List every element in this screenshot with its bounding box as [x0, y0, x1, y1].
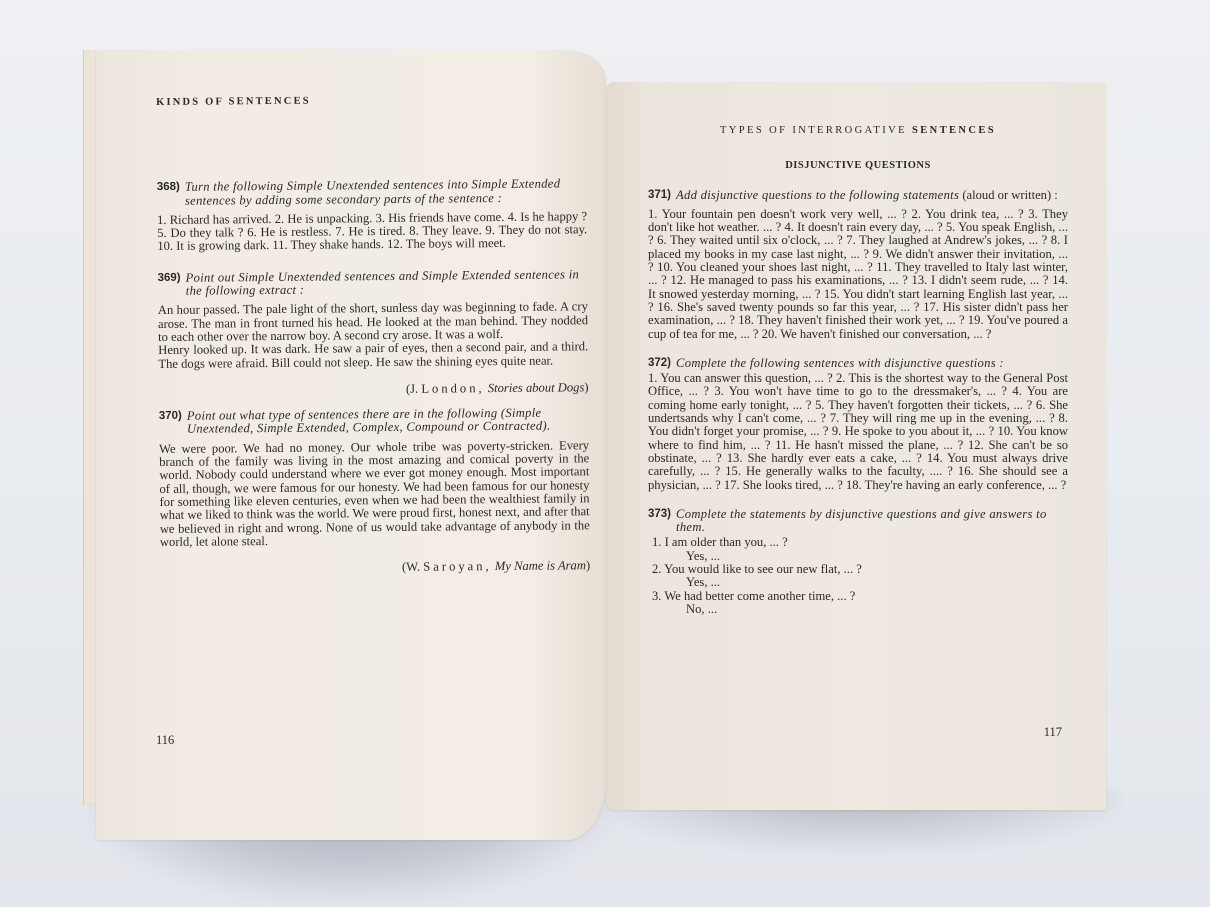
attribution-suffix: ): [586, 558, 590, 572]
exercise-instruction-text: Complete the following sentences with di…: [676, 357, 1004, 370]
qa-statement: 2. You would like to see our new flat, .…: [652, 563, 1068, 576]
exercise-number: 369): [158, 272, 181, 299]
attribution-prefix: (W.: [402, 560, 423, 574]
attribution: (J. London, Stories about Dogs): [159, 381, 589, 398]
attribution-title: Stories about Dogs: [488, 380, 585, 395]
exercise-body: 1. You can answer this question, ... ? 2…: [648, 372, 1068, 492]
page-number-right: 117: [1044, 725, 1062, 740]
running-head-right: TYPES OF INTERROGATIVE SENTENCES: [648, 124, 1068, 137]
exercise-instruction-text: Point out Simple Unextended sentences an…: [186, 268, 588, 298]
exercise-instruction: 373) Complete the statements by disjunct…: [648, 508, 1068, 535]
exercise-instruction: 369) Point out Simple Unextended sentenc…: [158, 268, 588, 298]
exercise-369: 369) Point out Simple Unextended sentenc…: [158, 268, 589, 398]
exercise-number: 372): [648, 357, 671, 370]
qa-answer: Yes, ...: [686, 550, 1068, 563]
attribution: (W. Saroyan, My Name is Aram): [160, 559, 590, 576]
attribution-suffix: ): [584, 380, 588, 394]
exercise-instruction: 372) Complete the following sentences wi…: [648, 357, 1068, 370]
running-head-light: TYPES OF INTERROGATIVE: [720, 125, 912, 136]
qa-statement: 1. I am older than you, ... ?: [652, 536, 1068, 549]
qa-answer: No, ...: [686, 603, 1068, 616]
exercise-370: 370) Point out what type of sentences th…: [159, 406, 590, 576]
exercise-text: 1. You can answer this question, ... ? 2…: [648, 372, 1068, 492]
exercise-number: 368): [157, 181, 180, 208]
exercise-instruction-text: Turn the following Simple Unextended sen…: [185, 178, 587, 208]
exercise-371: 371) Add disjunctive questions to the fo…: [648, 189, 1068, 341]
extract-paragraph: Henry looked up. It was dark. He saw a p…: [158, 341, 588, 371]
exercise-373: 373) Complete the statements by disjunct…: [648, 508, 1068, 616]
right-page-content: TYPES OF INTERROGATIVE SENTENCES DISJUNC…: [648, 124, 1068, 628]
exercise-372: 372) Complete the following sentences wi…: [648, 357, 1068, 492]
extract-paragraph: We were poor. We had no money. Our whole…: [159, 439, 590, 549]
attribution-title: My Name is Aram: [495, 558, 586, 573]
exercise-body: We were poor. We had no money. Our whole…: [159, 439, 590, 549]
exercise-instruction: 370) Point out what type of sentences th…: [159, 406, 589, 436]
exercise-368: 368) Turn the following Simple Unextende…: [157, 178, 588, 254]
exercise-body: 1. Your fountain pen doesn't work very w…: [648, 208, 1068, 341]
exercise-instruction: 371) Add disjunctive questions to the fo…: [648, 189, 1068, 202]
exercise-instruction-plain: (aloud or written) :: [959, 188, 1058, 202]
exercise-instruction-text: Complete the statements by disjunctive q…: [676, 508, 1068, 535]
exercise-text: 1. Richard has arrived. 2. He is unpacki…: [157, 210, 587, 254]
qa-statement: 3. We had better come another time, ... …: [652, 590, 1068, 603]
exercise-body: 1. Richard has arrived. 2. He is unpacki…: [157, 210, 587, 254]
exercise-number: 371): [648, 189, 671, 202]
right-page: TYPES OF INTERROGATIVE SENTENCES DISJUNC…: [606, 82, 1106, 810]
attribution-author: London,: [421, 381, 484, 396]
extract-paragraph: An hour passed. The pale light of the sh…: [158, 301, 588, 345]
exercise-text: 1. Your fountain pen doesn't work very w…: [648, 208, 1068, 341]
exercise-instruction: 368) Turn the following Simple Unextende…: [157, 178, 587, 208]
exercise-body: An hour passed. The pale light of the sh…: [158, 301, 589, 371]
exercise-number: 373): [648, 508, 671, 535]
attribution-prefix: (J.: [406, 382, 422, 396]
exercise-instruction-text: Point out what type of sentences there a…: [187, 406, 589, 436]
exercise-instruction-text: Add disjunctive questions to the followi…: [676, 188, 959, 202]
qa-list: 1. I am older than you, ... ? Yes, ... 2…: [648, 536, 1068, 616]
left-page-content: KINDS OF SENTENCES 368) Turn the followi…: [156, 92, 590, 588]
qa-answer: Yes, ...: [686, 576, 1068, 589]
attribution-author: Saroyan,: [423, 559, 492, 574]
running-head-bold: SENTENCES: [912, 125, 996, 136]
left-page: KINDS OF SENTENCES 368) Turn the followi…: [96, 50, 606, 840]
exercise-number: 370): [159, 410, 182, 437]
page-number-left: 116: [156, 733, 174, 748]
section-heading: DISJUNCTIVE QUESTIONS: [648, 159, 1068, 172]
